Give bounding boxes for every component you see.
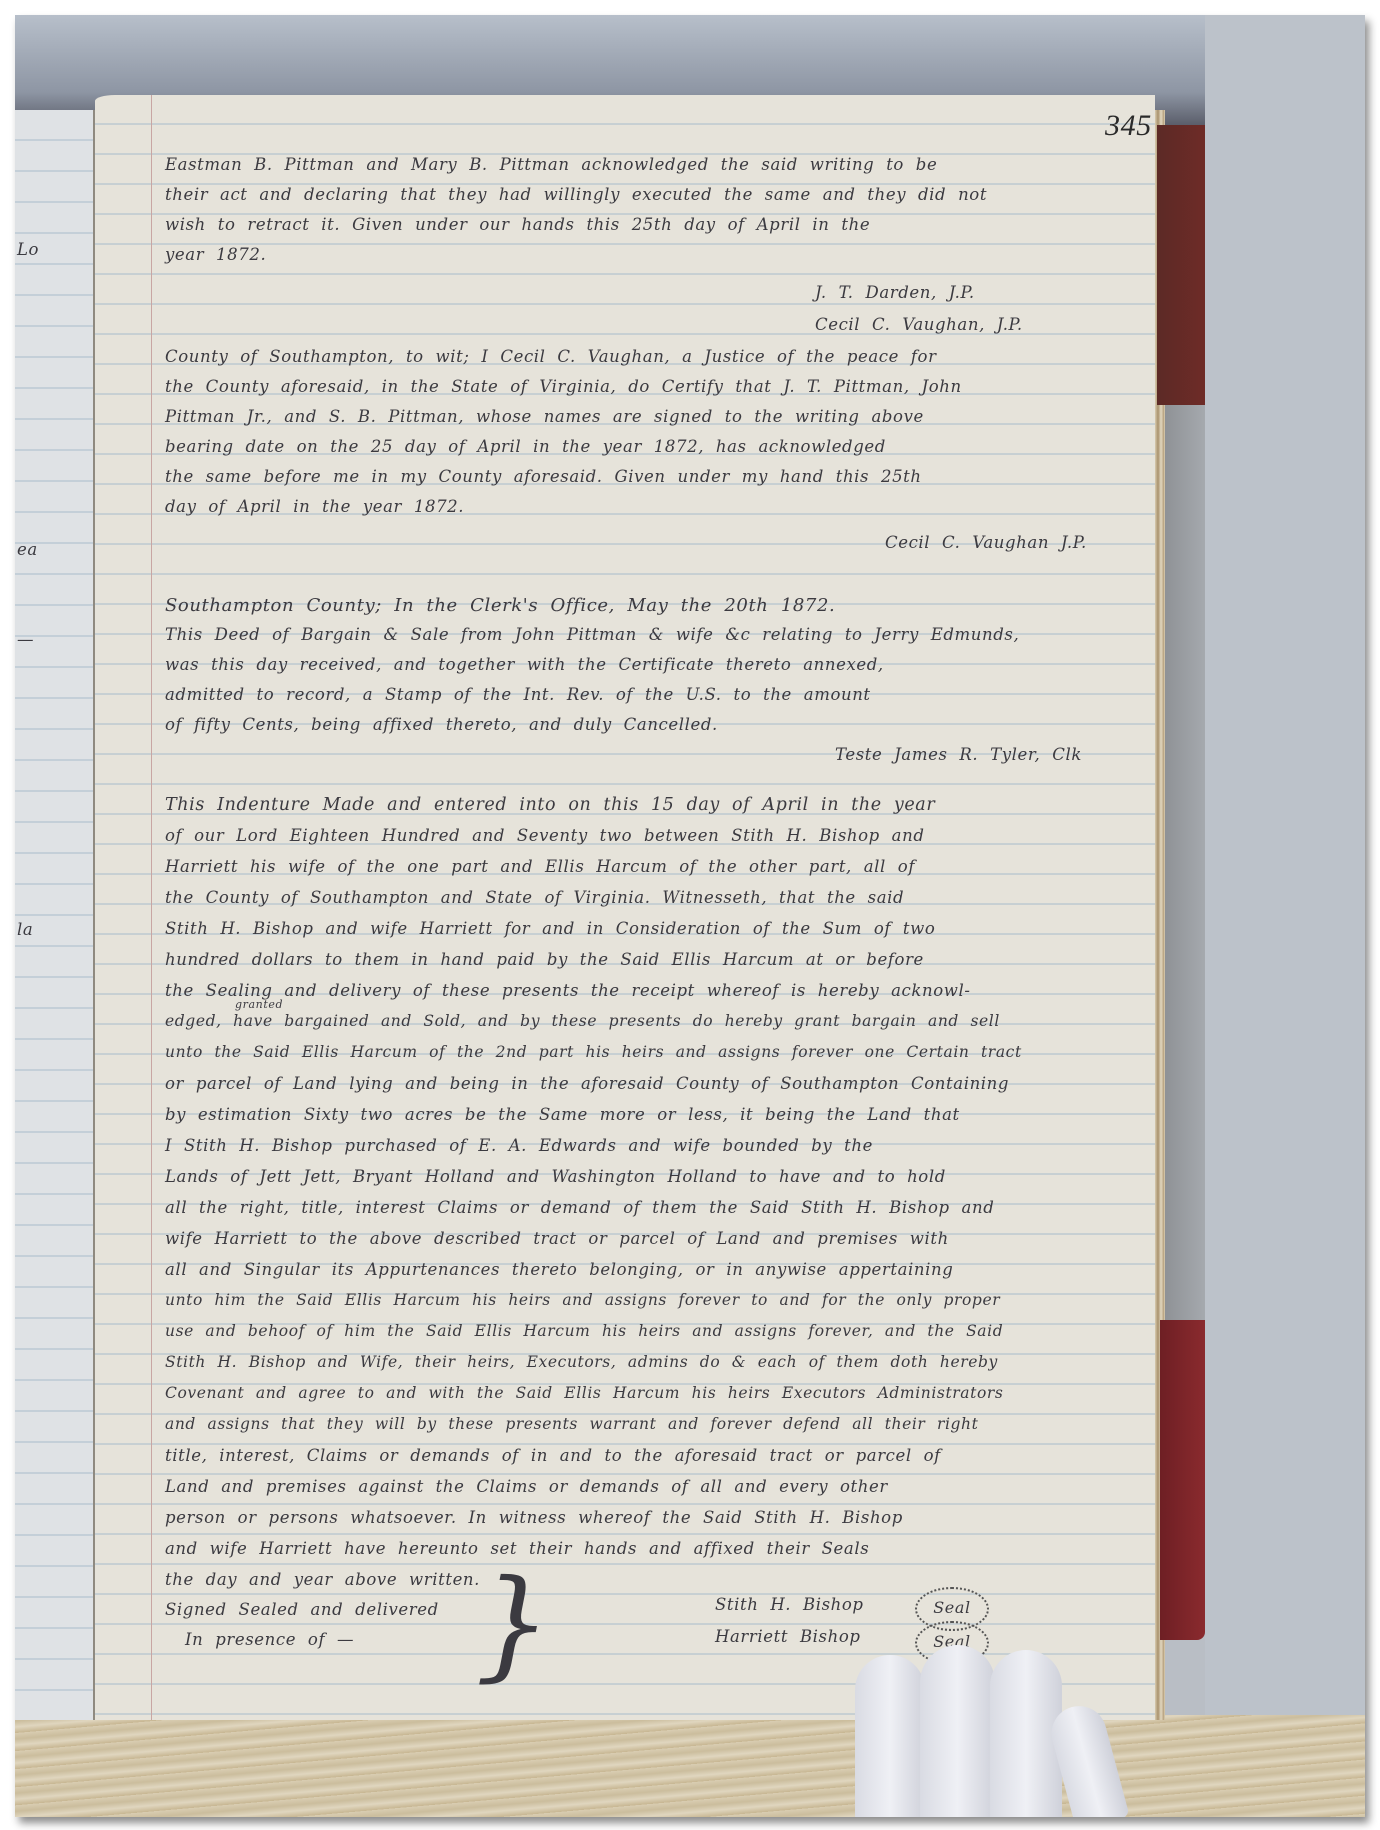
- book-cover-bottom: [1160, 1320, 1205, 1640]
- text-line: admitted to record, a Stamp of the Int. …: [165, 685, 871, 704]
- photo-frame: Lo ea — la 345 Eastman B. Pittman and Ma…: [15, 15, 1365, 1817]
- text-line: by estimation Sixty two acres be the Sam…: [165, 1105, 960, 1124]
- text-line: Stith H. Bishop and wife Harriett for an…: [165, 919, 935, 938]
- backdrop-right: [1205, 15, 1365, 1817]
- margin-rule: [151, 95, 152, 1720]
- gloved-finger: [920, 1645, 995, 1817]
- text-line: Stith H. Bishop and Wife, their heirs, E…: [165, 1353, 998, 1371]
- signatory-name: Harriett Bishop: [715, 1627, 861, 1646]
- text-line: of fifty Cents, being affixed thereto, a…: [165, 715, 718, 734]
- text-line: Harriett his wife of the one part and El…: [165, 857, 915, 876]
- signature-vaughan-jp: Cecil C. Vaughan J.P.: [885, 533, 1087, 552]
- text-line: and assigns that they will by these pres…: [165, 1415, 978, 1433]
- text-line: their act and declaring that they had wi…: [165, 185, 987, 204]
- text-line: edged, have bargained and Sold, and by t…: [165, 1012, 1000, 1030]
- page-number: 345: [1105, 109, 1152, 143]
- text-line: or parcel of Land lying and being in the…: [165, 1074, 1009, 1093]
- text-line: title, interest, Claims or demands of in…: [165, 1446, 941, 1465]
- text-line: Eastman B. Pittman and Mary B. Pittman a…: [165, 155, 937, 174]
- wooden-table: [15, 1715, 1365, 1817]
- text-line: the day and year above written.: [165, 1570, 480, 1589]
- brace-mark: }: [475, 1565, 552, 1685]
- text-line: Pittman Jr., and S. B. Pittman, whose na…: [165, 407, 924, 426]
- text-line: wife Harriett to the above described tra…: [165, 1229, 949, 1248]
- text-line: day of April in the year 1872.: [165, 497, 464, 516]
- signature-vaughan: Cecil C. Vaughan, J.P.: [815, 315, 1023, 334]
- text-line: Southampton County; In the Clerk's Offic…: [165, 595, 835, 616]
- text-line: Covenant and agree to and with the Said …: [165, 1384, 1003, 1402]
- text-line: County of Southampton, to wit; I Cecil C…: [165, 347, 937, 366]
- book-cover-top: [1157, 125, 1205, 405]
- text-line: hundred dollars to them in hand paid by …: [165, 950, 924, 969]
- text-line: year 1872.: [165, 245, 266, 264]
- marginal-note: —: [17, 630, 34, 649]
- text-line: bearing date on the 25 day of April in t…: [165, 437, 886, 456]
- interlineation: granted: [235, 998, 283, 1011]
- text-line: This Indenture Made and entered into on …: [165, 795, 935, 815]
- marginal-note: ea: [17, 540, 38, 559]
- text-line: the Sealing and delivery of these presen…: [165, 981, 971, 1000]
- text-line: the same before me in my County aforesai…: [165, 467, 922, 486]
- text-line: unto him the Said Ellis Harcum his heirs…: [165, 1291, 1000, 1309]
- text-line: all and Singular its Appurtenances there…: [165, 1260, 953, 1279]
- clerk-attestation: Teste James R. Tyler, Clk: [835, 745, 1082, 764]
- text-line: of our Lord Eighteen Hundred and Seventy…: [165, 826, 925, 845]
- execution-line: Signed Sealed and delivered: [165, 1600, 439, 1619]
- text-line: I Stith H. Bishop purchased of E. A. Edw…: [165, 1136, 873, 1155]
- execution-line: In presence of —: [185, 1630, 354, 1649]
- signatory-name: Stith H. Bishop: [715, 1595, 864, 1614]
- text-line: wish to retract it. Given under our hand…: [165, 215, 870, 234]
- text-line: was this day received, and together with…: [165, 655, 884, 674]
- text-line: person or persons whatsoever. In witness…: [165, 1508, 903, 1527]
- signature-darden: J. T. Darden, J.P.: [815, 283, 975, 302]
- text-line: Land and premises against the Claims or …: [165, 1477, 888, 1496]
- gloved-finger: [855, 1655, 925, 1817]
- text-line: Lands of Jett Jett, Bryant Holland and W…: [165, 1167, 946, 1186]
- text-line: This Deed of Bargain & Sale from John Pi…: [165, 625, 1019, 644]
- text-line: the County aforesaid, in the State of Vi…: [165, 377, 962, 396]
- text-line: unto the Said Ellis Harcum of the 2nd pa…: [165, 1043, 1022, 1061]
- text-line: use and behoof of him the Said Ellis Har…: [165, 1322, 1003, 1340]
- text-line: all the right, title, interest Claims or…: [165, 1198, 994, 1217]
- marginal-note: Lo: [17, 240, 39, 259]
- left-page: Lo ea — la: [15, 110, 95, 1720]
- marginal-note: la: [17, 920, 33, 939]
- text-line: the County of Southampton and State of V…: [165, 888, 904, 907]
- ledger-page: 345 Eastman B. Pittman and Mary B. Pittm…: [95, 95, 1155, 1720]
